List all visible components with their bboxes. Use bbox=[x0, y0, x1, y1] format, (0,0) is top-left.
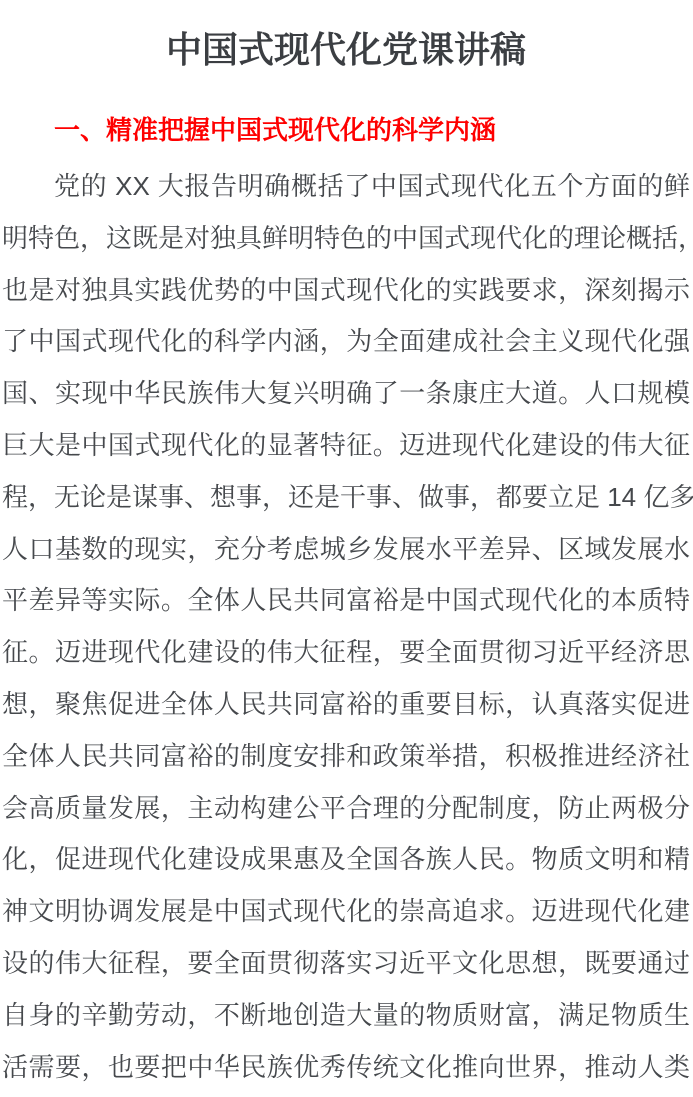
paragraph-line: 国、实现中华民族伟大复兴明确了一条康庄大道。人口规模 bbox=[2, 368, 690, 420]
paragraph-line: 平差异等实际。全体人民共同富裕是中国式现代化的本质特 bbox=[2, 575, 690, 627]
paragraph-line: 神文明协调发展是中国式现代化的崇高追求。迈进现代化建 bbox=[2, 886, 690, 938]
paragraph-line: 化，促进现代化建设成果惠及全国各族人民。物质文明和精 bbox=[2, 834, 690, 886]
paragraph-line: 程，无论是谋事、想事，还是干事、做事，都要立足 14 亿多 bbox=[2, 472, 690, 524]
paragraph-line: 想，聚焦促进全体人民共同富裕的重要目标，认真落实促进 bbox=[2, 679, 690, 731]
section-heading: 一、精准把握中国式现代化的科学内涵 bbox=[2, 116, 690, 144]
paragraph-line: 自身的辛勤劳动，不断地创造大量的物质财富，满足物质生 bbox=[2, 990, 690, 1042]
paragraph-line: 活需要，也要把中华民族优秀传统文化推向世界，推动人类 bbox=[2, 1042, 690, 1094]
paragraph-line: 设的伟大征程，要全面贯彻落实习近平文化思想，既要通过 bbox=[2, 938, 690, 990]
document-page: 中国式现代化党课讲稿 一、精准把握中国式现代化的科学内涵 党的 XX 大报告明确… bbox=[0, 27, 693, 1093]
paragraph-line: 党的 XX 大报告明确概括了中国式现代化五个方面的鲜 bbox=[2, 161, 690, 213]
paragraph-line: 会高质量发展，主动构建公平合理的分配制度，防止两极分 bbox=[2, 783, 690, 835]
paragraph-line: 人口基数的现实，充分考虑城乡发展水平差异、区域发展水 bbox=[2, 524, 690, 576]
paragraph-line: 也是对独具实践优势的中国式现代化的实践要求，深刻揭示 bbox=[2, 265, 690, 317]
paragraph-line: 全体人民共同富裕的制度安排和政策举措，积极推进经济社 bbox=[2, 731, 690, 783]
paragraph-line: 征。迈进现代化建设的伟大征程，要全面贯彻习近平经济思 bbox=[2, 627, 690, 679]
paragraph: 党的 XX 大报告明确概括了中国式现代化五个方面的鲜 明特色，这既是对独具鲜明特… bbox=[2, 161, 690, 1093]
paragraph-line: 明特色，这既是对独具鲜明特色的中国式现代化的理论概括， bbox=[2, 213, 690, 265]
paragraph-line: 巨大是中国式现代化的显著特征。迈进现代化建设的伟大征 bbox=[2, 420, 690, 472]
document-title: 中国式现代化党课讲稿 bbox=[2, 27, 690, 73]
paragraph-line: 了中国式现代化的科学内涵，为全面建成社会主义现代化强 bbox=[2, 316, 690, 368]
